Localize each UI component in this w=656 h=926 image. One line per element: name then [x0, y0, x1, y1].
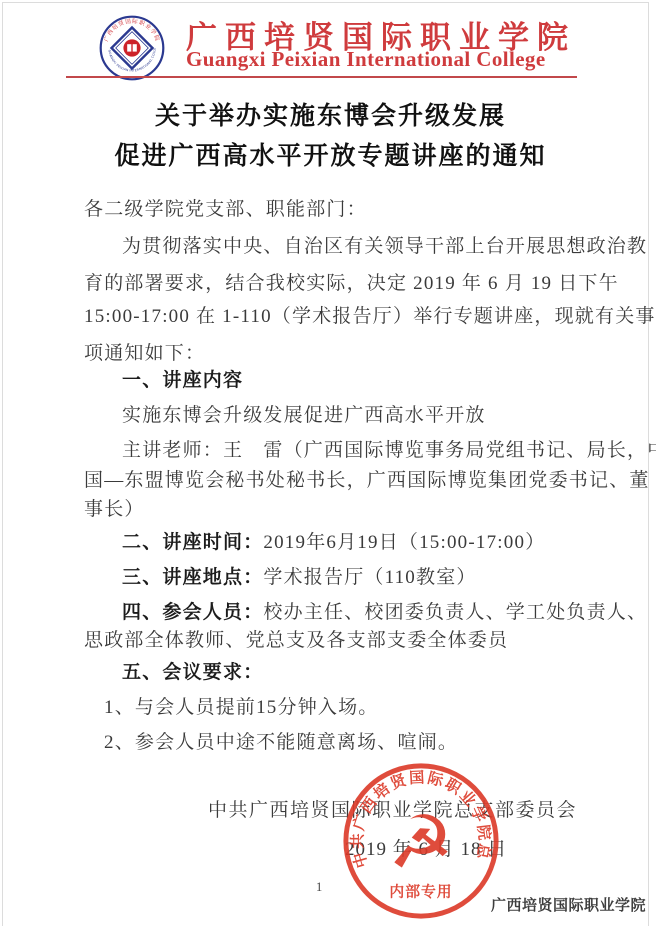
college-logo-emblem: 广西培贤国际职业学院 GUANGXI PEIXIAN INTERNATIONAL…	[99, 15, 165, 81]
corner-watermark: 广西培贤国际职业学院	[491, 894, 646, 915]
line-text: 校办主任、校团委负责人、学工处负责人、	[263, 602, 647, 623]
body-line: 2、参会人员中途不能随意离场、喧闹。	[84, 730, 604, 756]
header-divider-rule	[66, 76, 577, 78]
body-line: 1、与会人员提前15分钟入场。	[84, 695, 604, 721]
section-heading-4: 四、参会人员：校办主任、校团委负责人、学工处负责人、	[84, 600, 622, 626]
line-text: 学术报告厅（110教室）	[263, 567, 476, 588]
section-heading-3: 三、讲座地点：学术报告厅（110教室）	[84, 565, 622, 591]
section-heading-2: 二、讲座时间：2019年6月19日（15:00-17:00）	[84, 530, 622, 556]
body-line: 实施东博会升级发展促进广西高水平开放	[84, 403, 622, 429]
body-line: 主讲老师：王 雷（广西国际博览事务局党组书记、局长，中	[84, 438, 622, 464]
line-text: 2019年6月19日（15:00-17:00）	[263, 532, 545, 553]
body-line: 育的部署要求，结合我校实际，决定 2019 年 6 月 19 日下午	[84, 271, 584, 297]
line-label: 四、参会人员：	[122, 602, 263, 623]
document-date: 2019 年 6 月 18 日	[345, 834, 507, 861]
body-line: 思政部全体教师、党总支及各支部支委全体委员	[84, 628, 584, 654]
body-line: 事长）	[84, 497, 584, 523]
college-logo: 广西培贤国际职业学院 GUANGXI PEIXIAN INTERNATIONAL…	[99, 15, 165, 81]
line-label: 三、讲座地点：	[122, 567, 263, 588]
notice-title-line2: 促进广西高水平开放专题讲座的通知	[84, 136, 577, 172]
signing-organization: 中共广西培贤国际职业学院总支部委员会	[84, 795, 577, 822]
body-line: 为贯彻落实中央、自治区有关领导干部上台开展思想政治教	[84, 234, 622, 260]
notice-title-line1: 关于举办实施东博会升级发展	[84, 96, 577, 132]
body-line: 项通知如下：	[84, 341, 584, 367]
body-line: 国—东盟博览会秘书处秘书长，广西国际博览集团党委书记、董	[84, 468, 584, 494]
page-number: 1	[316, 880, 322, 895]
college-name-en: Guangxi Peixian International College	[186, 47, 578, 72]
body-line: 15:00-17:00 在 1-110（学术报告厅）举行专题讲座，现就有关事	[84, 304, 584, 330]
section-heading-1: 一、讲座内容	[84, 368, 622, 394]
salutation: 各二级学院党支部、职能部门：	[84, 197, 584, 223]
line-label: 二、讲座时间：	[122, 532, 263, 553]
section-heading-5: 五、会议要求：	[84, 660, 622, 686]
